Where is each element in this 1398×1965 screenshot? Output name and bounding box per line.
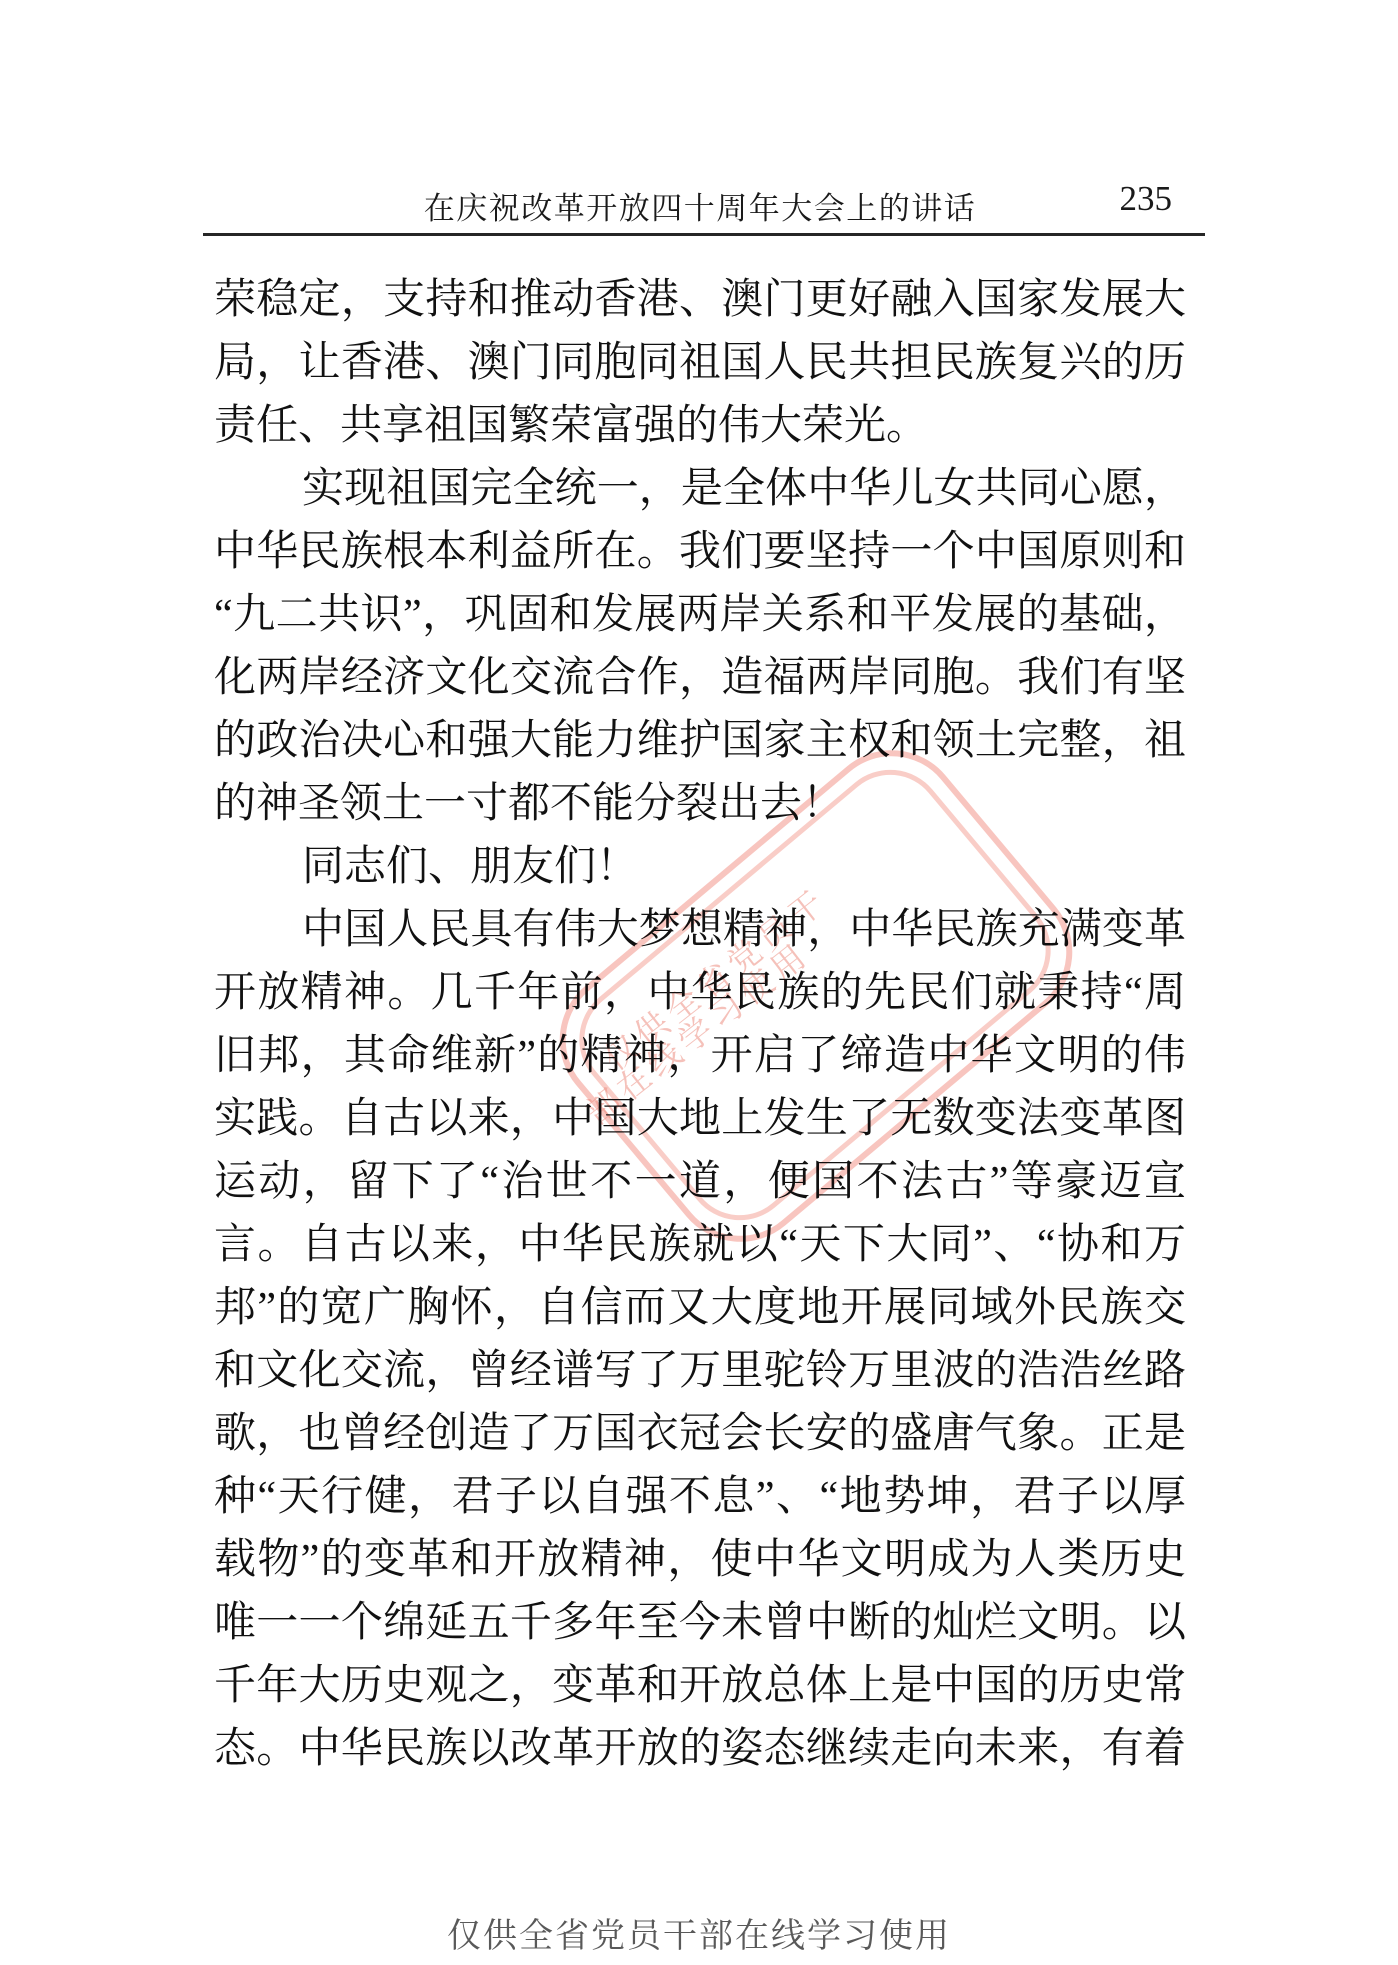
text-line: “九二共识”，巩固和发展两岸关系和平发展的基础，深 bbox=[214, 584, 1186, 647]
header-divider bbox=[203, 233, 1205, 236]
text-line: 和文化交流，曾经谱写了万里驼铃万里波的浩浩丝路长 bbox=[214, 1340, 1186, 1403]
text-line: 运动，留下了“治世不一道，便国不法古”等豪迈宣 bbox=[214, 1151, 1186, 1214]
text-line: 种“天行健，君子以自强不息”、“地势坤，君子以厚德 bbox=[214, 1466, 1186, 1529]
text-line: 歌，也曾经创造了万国衣冠会长安的盛唐气象。正是这 bbox=[214, 1403, 1186, 1466]
text-line: 责任、共享祖国繁荣富强的伟大荣光。 bbox=[214, 395, 1186, 458]
footer-notice: 仅供全省党员干部在线学习使用 bbox=[0, 1908, 1398, 1957]
scanned-page: 在庆祝改革开放四十周年大会上的讲话 235 荣稳定，支持和推动香港、澳门更好融入… bbox=[0, 0, 1398, 1965]
text-line: 千年大历史观之，变革和开放总体上是中国的历史常 bbox=[214, 1655, 1186, 1718]
page-title: 在庆祝改革开放四十周年大会上的讲话 bbox=[214, 183, 1186, 228]
text-line: 唯一一个绵延五千多年至今未曾中断的灿烂文明。以数 bbox=[214, 1592, 1186, 1655]
text-line: 载物”的变革和开放精神，使中华文明成为人类历史上 bbox=[214, 1529, 1186, 1592]
text-line: 邦”的宽广胸怀，自信而又大度地开展同域外民族交往 bbox=[214, 1277, 1186, 1340]
text-line: 荣稳定，支持和推动香港、澳门更好融入国家发展大 bbox=[214, 269, 1186, 332]
text-line: 同志们、朋友们！ bbox=[214, 836, 1186, 899]
text-line: 开放精神。几千年前，中华民族的先民们就秉持“周虽 bbox=[214, 962, 1186, 1025]
text-line: 中华民族根本利益所在。我们要坚持一个中国原则和 bbox=[214, 521, 1186, 584]
text-line: 态。中华民族以改革开放的姿态继续走向未来，有着深 bbox=[214, 1718, 1186, 1781]
text-line: 实践。自古以来，中国大地上发生了无数变法变革图强 bbox=[214, 1088, 1186, 1151]
page-number: 235 bbox=[1120, 179, 1173, 219]
text-line: 旧邦，其命维新”的精神，开启了缔造中华文明的伟大 bbox=[214, 1025, 1186, 1088]
text-line: 的神圣领土一寸都不能分裂出去！ bbox=[214, 773, 1186, 836]
text-line: 言。自古以来，中华民族就以“天下大同”、“协和万 bbox=[214, 1214, 1186, 1277]
text-line: 的政治决心和强大能力维护国家主权和领土完整，祖国 bbox=[214, 710, 1186, 773]
text-line: 局，让香港、澳门同胞同祖国人民共担民族复兴的历史 bbox=[214, 332, 1186, 395]
text-line: 实现祖国完全统一，是全体中华儿女共同心愿，是 bbox=[214, 458, 1186, 521]
text-line: 化两岸经济文化交流合作，造福两岸同胞。我们有坚定 bbox=[214, 647, 1186, 710]
body-text: 荣稳定，支持和推动香港、澳门更好融入国家发展大局，让香港、澳门同胞同祖国人民共担… bbox=[214, 269, 1186, 1781]
page-header: 在庆祝改革开放四十周年大会上的讲话 235 bbox=[214, 183, 1186, 229]
text-line: 中国人民具有伟大梦想精神，中华民族充满变革和 bbox=[214, 899, 1186, 962]
